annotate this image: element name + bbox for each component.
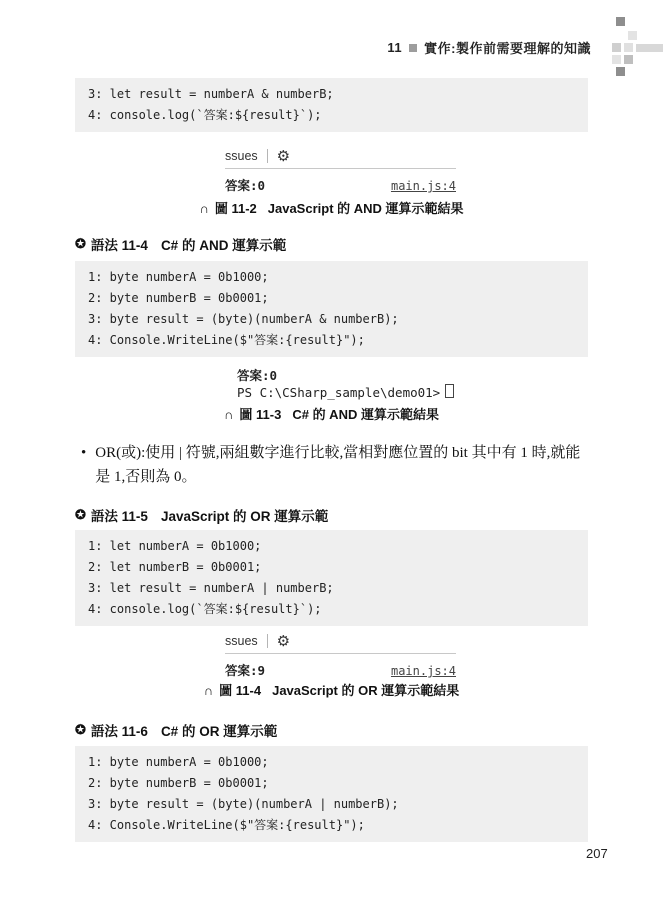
code-block-cs-and: 1: byte numberA = 0b1000; 2: byte number…: [75, 261, 588, 357]
code-line: 3: let result = numberA & numberB;: [88, 84, 588, 105]
console-output-row: 答案:9 main.js:4: [225, 654, 456, 679]
syntax-label: 語法 11-4: [91, 234, 148, 254]
code-line: 3: byte result = (byte)(numberA | number…: [88, 794, 588, 815]
console-output-row: 答案:0 main.js:4: [225, 169, 456, 194]
terminal-screenshot: 答案:0 PS C:\CSharp_sample\demo01>: [237, 367, 454, 401]
figure-text: C# 的 AND 運算示範結果: [292, 407, 439, 422]
figure-text: JavaScript 的 AND 運算示範結果: [268, 201, 464, 216]
syntax-title: JavaScript 的 OR 運算示範: [161, 505, 328, 525]
chapter-header: 11 實作:製作前需要理解的知識: [387, 38, 591, 57]
figure-caption-11-2: ∩圖 11-2JavaScript 的 AND 運算示範結果: [75, 198, 588, 217]
terminal-cursor: [445, 384, 454, 398]
console-screenshot-js-and: ssues ⚙ 答案:0 main.js:4: [225, 144, 456, 194]
code-line: 3: byte result = (byte)(numberA & number…: [88, 309, 588, 330]
deco-square: [612, 55, 621, 64]
chapter-number: 11: [387, 40, 402, 55]
code-line: 4: Console.WriteLine($"答案:{result}");: [88, 815, 588, 836]
source-link: main.js:4: [391, 179, 456, 193]
bullet-marker: •: [81, 441, 86, 489]
syntax-label: 語法 11-6: [91, 720, 148, 740]
source-link: main.js:4: [391, 664, 456, 678]
figure-text: JavaScript 的 OR 運算示範結果: [272, 683, 459, 698]
console-tab-issues: ssues: [225, 149, 258, 163]
figure-label: 圖 11-3: [239, 407, 281, 422]
settings-gear-icon: ⚙: [277, 149, 290, 164]
syntax-bullet-icon: ✪: [75, 507, 86, 523]
console-tab-bar: ssues ⚙: [225, 144, 456, 169]
code-line: 4: console.log(`答案:${result}`);: [88, 105, 588, 126]
deco-square: [628, 31, 637, 40]
deco-bar: [636, 44, 663, 52]
console-tab-bar: ssues ⚙: [225, 629, 456, 654]
terminal-prompt-line: PS C:\CSharp_sample\demo01>: [237, 384, 454, 401]
syntax-bullet-icon: ✪: [75, 236, 86, 252]
tab-divider: [267, 149, 268, 163]
figure-caption-11-4: ∩圖 11-4JavaScript 的 OR 運算示範結果: [75, 680, 588, 699]
deco-square: [624, 55, 633, 64]
code-line: 2: let numberB = 0b0001;: [88, 557, 588, 578]
code-block-js-and: 3: let result = numberA & numberB; 4: co…: [75, 78, 588, 132]
code-line: 1: let numberA = 0b1000;: [88, 536, 588, 557]
figure-label: 圖 11-4: [219, 683, 261, 698]
book-page: 11 實作:製作前需要理解的知識 3: let result = numberA…: [0, 0, 663, 897]
settings-gear-icon: ⚙: [277, 634, 290, 649]
syntax-label: 語法 11-5: [91, 505, 148, 525]
code-line: 4: Console.WriteLine($"答案:{result}");: [88, 330, 588, 351]
bullet-text: OR(或):使用 | 符號,兩組數字進行比較,當相對應位置的 bit 其中有 1…: [95, 441, 593, 489]
code-line: 2: byte numberB = 0b0001;: [88, 773, 588, 794]
code-line: 2: byte numberB = 0b0001;: [88, 288, 588, 309]
code-block-cs-or: 1: byte numberA = 0b1000; 2: byte number…: [75, 746, 588, 842]
code-line: 1: byte numberA = 0b1000;: [88, 267, 588, 288]
figure-marker-icon: ∩: [199, 201, 208, 216]
or-description-paragraph: • OR(或):使用 | 符號,兩組數字進行比較,當相對應位置的 bit 其中有…: [81, 441, 593, 489]
code-line: 4: console.log(`答案:${result}`);: [88, 599, 588, 620]
deco-square: [624, 43, 633, 52]
terminal-answer: 答案:0: [237, 367, 454, 384]
chapter-title: 實作:製作前需要理解的知識: [424, 38, 591, 57]
figure-caption-11-3: ∩圖 11-3C# 的 AND 運算示範結果: [75, 404, 588, 423]
deco-square: [616, 67, 625, 76]
syntax-title: C# 的 OR 運算示範: [161, 720, 277, 740]
tab-divider: [267, 634, 268, 648]
syntax-bullet-icon: ✪: [75, 722, 86, 738]
terminal-prompt: PS C:\CSharp_sample\demo01>: [237, 385, 440, 400]
syntax-heading-11-4: ✪ 語法 11-4 C# 的 AND 運算示範: [75, 234, 286, 254]
syntax-title: C# 的 AND 運算示範: [161, 234, 286, 254]
syntax-heading-11-5: ✪ 語法 11-5 JavaScript 的 OR 運算示範: [75, 505, 328, 525]
figure-marker-icon: ∩: [224, 407, 233, 422]
console-answer: 答案:0: [225, 176, 265, 194]
console-screenshot-js-or: ssues ⚙ 答案:9 main.js:4: [225, 629, 456, 679]
figure-label: 圖 11-2: [215, 201, 257, 216]
console-tab-issues: ssues: [225, 634, 258, 648]
header-square-icon: [409, 44, 417, 52]
code-line: 1: byte numberA = 0b1000;: [88, 752, 588, 773]
syntax-heading-11-6: ✪ 語法 11-6 C# 的 OR 運算示範: [75, 720, 277, 740]
page-number: 207: [586, 846, 608, 861]
code-line: 3: let result = numberA | numberB;: [88, 578, 588, 599]
figure-marker-icon: ∩: [204, 683, 213, 698]
deco-square: [612, 43, 621, 52]
code-block-js-or: 1: let numberA = 0b1000; 2: let numberB …: [75, 530, 588, 626]
deco-square: [616, 17, 625, 26]
console-answer: 答案:9: [225, 661, 265, 679]
